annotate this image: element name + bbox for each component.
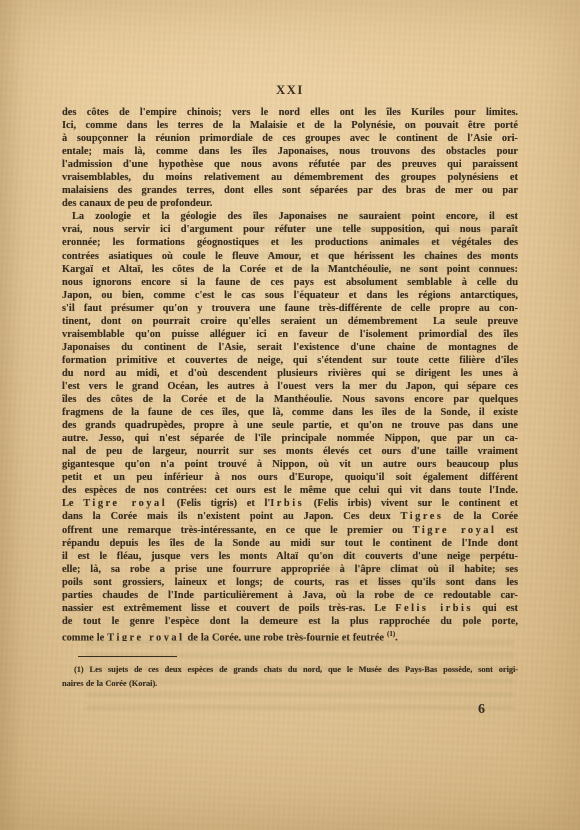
text-line: eronnée; les formations géognostiques et… [62,236,518,249]
text-line: des canaux de peu de profondeur. [62,197,518,210]
text-line: formation primitive et couvertes de neig… [62,354,518,367]
folio-roman-numeral: XXI [62,83,518,98]
footnote-block: (1) Les sujets de ces deux espèces de gr… [62,663,518,690]
text-line: offrent une remarque très-intéressante, … [62,524,518,537]
text-line: poils sont grossiers, laineux et longs; … [62,576,518,589]
text-line: des côtes de l'empire chinois; vers le n… [62,106,518,119]
emphasized-term: Tigre royal [413,525,497,536]
text-line: nal de peu de largeur, nourrit sur ses m… [62,445,518,458]
text-line: l'est vers le grand Océan, les autres à … [62,380,518,393]
text-line: autre. Jesso, qui n'est séparée de l'île… [62,432,518,445]
text-line: vraisemblable qu'on puisse alléguer ici … [62,328,518,341]
text-line: nassier est extrêmement lisse et couvert… [62,602,518,615]
book-page: XXI des côtes de l'empire chinois; vers … [0,0,580,830]
text-line: petit et un peu inférieur à nos ours d'E… [62,471,518,484]
text-line: Le Tigre royal (Felis tigris) et l'Irbis… [62,497,518,510]
emphasized-term: Tigres [401,511,444,522]
text-line: tinent, dont on pourrait croire qu'elles… [62,315,518,328]
emphasized-term: Tigre royal [107,632,184,641]
text-line: Ici, comme dans les terres de la Malaisi… [62,119,518,132]
main-text-block: des côtes de l'empire chinois; vers le n… [62,106,518,641]
text-line: vrai, nous servir ici d'argument pour ré… [62,223,518,236]
text-line: répandu depuis les îles de la Sonde au m… [62,537,518,550]
text-line: (1) Les sujets de ces deux espèces de gr… [62,663,518,677]
text-line: l'admission d'une hypothèse que nous avo… [62,158,518,171]
text-line: naires de la Corée (Korai). [62,677,518,691]
text-line: elle; là, sa robe a prise une fourrure a… [62,563,518,576]
page-number: 6 [478,702,485,718]
text-line: il est le fléau, jusque vers les monts A… [62,550,518,563]
text-line: parties chaudes de l'Inde particulièreme… [62,589,518,602]
emphasized-term: Felis irbis [395,603,473,614]
text-line: à soupçonner la réunion primordiale de c… [62,132,518,145]
text-line: dans la Corée mais ils n'existent point … [62,510,518,523]
text-line: des grands quadrupèdes, propre à une seu… [62,419,518,432]
text-line: fragmens de la faune de ces îles, que là… [62,406,518,419]
text-line: du nord au midi, et d'où descendent plus… [62,367,518,380]
text-line: Kargaï et Altaï, les côtes de la Corée e… [62,263,518,276]
text-line: La zoologie et la géologie des îles Japo… [62,210,518,223]
text-line: gigantesque qu'on n'a point trouvé à Nip… [62,458,518,471]
text-line: vraisemblables, du moins relativement au… [62,171,518,184]
text-line: s'il faut présumer qu'on y trouvera une … [62,302,518,315]
emphasized-term: Tigre royal [83,498,167,509]
footnote-reference-mark: (1) [387,630,395,638]
text-line: comme le Tigre royal de la Corée, une ro… [62,628,518,641]
text-line: Japonaises du continent de l'Asie, serai… [62,341,518,354]
text-line: entale; mais là, comme dans les îles Jap… [62,145,518,158]
text-line: îles des côtes de la Corée et de la Mant… [62,393,518,406]
emphasized-term: Irbis [270,498,304,509]
text-line: nous ignorons encore si la faune de ces … [62,276,518,289]
text-line: malaisiens des grandes terres, dont elle… [62,184,518,197]
text-line: contrées asiatiques où coule le fleuve A… [62,250,518,263]
text-line: Japon, ou bien, comme c'est le cas sous … [62,289,518,302]
text-line: des espèces de nos contrées: cet ours es… [62,484,518,497]
text-line: de tout le genre l'espèce dont la demeur… [62,615,518,628]
footnote-rule [78,656,177,657]
